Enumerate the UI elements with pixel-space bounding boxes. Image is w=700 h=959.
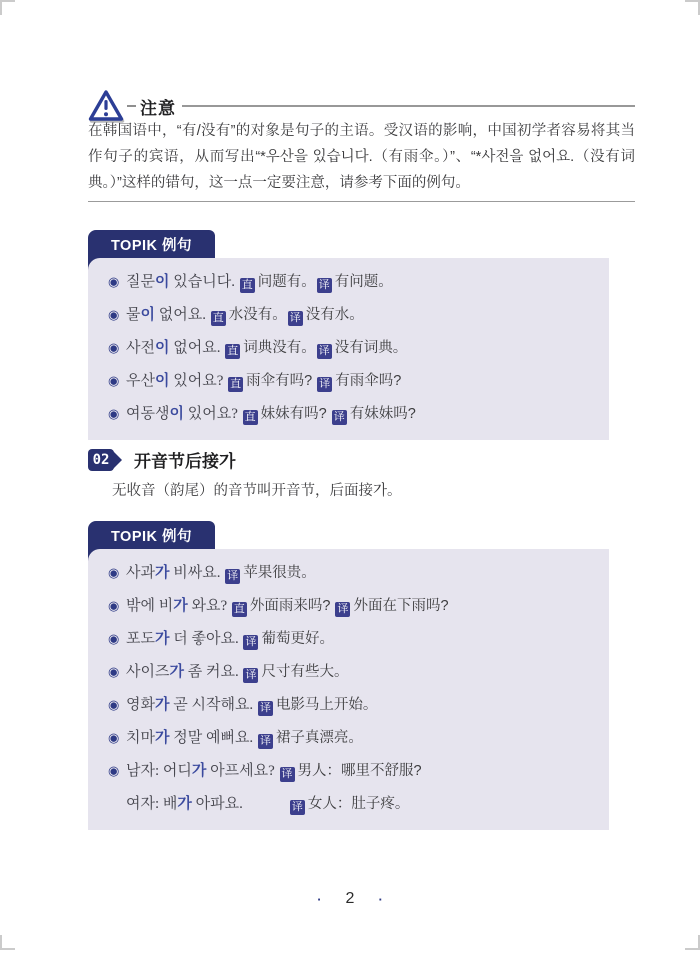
korean-text: 있어요? [169, 373, 227, 389]
korean-text: 아파요. [192, 796, 243, 812]
section-number-badge: 02 [88, 449, 114, 471]
subject-particle: 이 [155, 274, 170, 290]
marker-badge: 译 [317, 278, 332, 293]
section-badge-arrow-icon [113, 451, 122, 469]
chinese-text: 雨伞有吗? [246, 373, 316, 389]
marker-badge: 译 [280, 767, 295, 782]
marker-badge: 直 [225, 344, 240, 359]
fisheye-bullet-icon: ◉ [108, 595, 126, 616]
korean-text: 있어요? [184, 406, 242, 422]
example-sentence: 사과가 비싸요. 译苹果很贵。 [126, 564, 316, 581]
chinese-text: 苹果很贵。 [243, 565, 316, 581]
korean-text: 질문 [126, 274, 155, 290]
marker-badge: 直 [211, 311, 226, 326]
marker-badge: 译 [335, 602, 350, 617]
subject-particle: 이 [155, 340, 170, 356]
footer-dot-left: · [317, 892, 321, 907]
korean-text: 정말 예뻐요. [169, 730, 256, 746]
page-footer: · 2 · [0, 890, 700, 908]
chinese-text: 水没有。 [229, 307, 287, 323]
topik-tab-curl [88, 258, 100, 270]
korean-text: 사전 [126, 340, 155, 356]
chinese-text: 尺寸有些大。 [261, 664, 348, 680]
subject-particle: 가 [155, 697, 170, 713]
subject-particle: 이 [155, 373, 170, 389]
chinese-text: 外面雨来吗? [250, 598, 335, 614]
example-sentence: 사이즈가 좀 커요. 译尺寸有些大。 [126, 663, 348, 680]
chinese-text: 没有水。 [306, 307, 364, 323]
korean-text: 여동생 [126, 406, 169, 422]
korean-text: 곧 시작해요. [169, 697, 256, 713]
crop-mark-bottom-left [0, 935, 15, 950]
korean-text: 우산 [126, 373, 155, 389]
korean-text: 좀 커요. [184, 664, 242, 680]
fisheye-bullet-icon: ◉ [108, 661, 126, 682]
korean-text: 밖에 비 [126, 598, 173, 614]
footer-dot-right: · [378, 892, 382, 907]
crop-mark-bottom-right [685, 935, 700, 950]
example-sentence: 남자: 어디가 아프세요? 译男人：哪里不舒服? [126, 762, 422, 779]
korean-text: 비싸요. [169, 565, 224, 581]
marker-badge: 译 [317, 344, 332, 359]
korean-text: 포도 [126, 631, 155, 647]
korean-text: 남자: 어디 [126, 763, 192, 779]
korean-text: 영화 [126, 697, 155, 713]
chinese-text: 有问题。 [335, 274, 393, 290]
korean-text: 와요? [188, 598, 231, 614]
example-row: ◉질문이 있습니다. 直问题有。译有问题。 [108, 265, 595, 298]
example-sentence: 치마가 정말 예뻐요. 译裙子真漂亮。 [126, 729, 363, 746]
example-row: ◉밖에 비가 와요? 直外面雨来吗? 译外面在下雨吗? [108, 589, 595, 622]
korean-text: 없어요. [155, 307, 210, 323]
korean-text: 더 좋아요. [169, 631, 242, 647]
topik-tab-1: TOPIK 例句 [88, 230, 215, 258]
chinese-text: 电影马上开始。 [276, 697, 378, 713]
topik-tab-curl [88, 549, 100, 561]
subject-particle: 가 [169, 664, 184, 680]
subject-particle: 가 [177, 796, 192, 812]
marker-badge: 译 [258, 701, 273, 716]
example-row: ◉치마가 정말 예뻐요. 译裙子真漂亮。 [108, 721, 595, 754]
chinese-text: 没有词典。 [335, 340, 408, 356]
example-sentence: 영화가 곧 시작해요. 译电影马上开始。 [126, 696, 377, 713]
example-row: ◉사과가 비싸요. 译苹果很贵。 [108, 556, 595, 589]
marker-badge: 译 [243, 635, 258, 650]
korean-text: 사이즈 [126, 664, 169, 680]
fisheye-bullet-icon: ◉ [108, 760, 126, 781]
marker-badge: 直 [232, 602, 247, 617]
example-row: ◉물이 없어요. 直水没有。译没有水。 [108, 298, 595, 331]
example-sentence: 밖에 비가 와요? 直外面雨来吗? 译外面在下雨吗? [126, 597, 449, 614]
page-number: 2 [346, 890, 355, 908]
fisheye-bullet-icon: ◉ [108, 562, 126, 583]
example-sentence: 질문이 있습니다. 直问题有。译有问题。 [126, 273, 393, 290]
subject-particle: 가 [192, 763, 207, 779]
section-title: 开音节后接가 [134, 447, 235, 472]
chinese-text: 词典没有。 [243, 340, 316, 356]
korean-text: 아프세요? [206, 763, 278, 779]
marker-badge: 直 [228, 377, 243, 392]
section-description: 无收音（韵尾）的音节叫开音节，后面接가。 [112, 479, 402, 500]
chinese-text: 问题有。 [258, 274, 316, 290]
marker-badge: 译 [288, 311, 303, 326]
subject-particle: 가 [155, 730, 170, 746]
crop-mark-top-right [685, 0, 700, 15]
example-box-1: ◉질문이 있습니다. 直问题有。译有问题。◉물이 없어요. 直水没有。译没有水。… [88, 258, 609, 440]
korean-text: 여자: 배 [126, 796, 177, 812]
subject-particle: 가 [155, 631, 170, 647]
korean-text: 없어요. [169, 340, 224, 356]
chinese-text: 有雨伞吗? [335, 373, 401, 389]
marker-badge: 直 [243, 410, 258, 425]
example-sentence: 사전이 없어요. 直词典没有。译没有词典。 [126, 339, 407, 356]
example-row: 여자: 배가 아파요.译女人：肚子疼。 [108, 787, 595, 820]
subject-particle: 이 [141, 307, 156, 323]
marker-badge: 直 [240, 278, 255, 293]
example-row: ◉남자: 어디가 아프세요? 译男人：哪里不舒服? [108, 754, 595, 787]
subject-particle: 가 [173, 598, 188, 614]
notice-title: 注意 [140, 94, 176, 119]
fisheye-bullet-icon: ◉ [108, 337, 126, 358]
example-sentence: 포도가 더 좋아요. 译葡萄更好。 [126, 630, 334, 647]
notice-body: 在韩国语中，“有/没有”的对象是句子的主语。受汉语的影响，中国初学者容易将其当作… [88, 118, 635, 202]
chinese-text: 有妹妹吗? [350, 406, 416, 422]
marker-badge: 译 [332, 410, 347, 425]
notice-rule-line [182, 105, 635, 107]
topik-tab-2: TOPIK 例句 [88, 521, 215, 549]
example-row: ◉사이즈가 좀 커요. 译尺寸有些大。 [108, 655, 595, 688]
chinese-text: 外面在下雨吗? [353, 598, 448, 614]
example-sentence: 물이 없어요. 直水没有。译没有水。 [126, 306, 364, 323]
chinese-text: 妹妹有吗? [261, 406, 331, 422]
korean-text: 있습니다. [169, 274, 238, 290]
section-heading: 02 开音节后接가 [88, 447, 235, 472]
marker-badge: 译 [258, 734, 273, 749]
fisheye-bullet-icon: ◉ [108, 403, 126, 424]
marker-badge: 译 [243, 668, 258, 683]
subject-particle: 가 [155, 565, 170, 581]
example-sentence: 우산이 있어요? 直雨伞有吗? 译有雨伞吗? [126, 372, 401, 389]
marker-badge: 译 [290, 800, 305, 815]
fisheye-bullet-icon: ◉ [108, 304, 126, 325]
example-row: ◉포도가 더 좋아요. 译葡萄更好。 [108, 622, 595, 655]
topik-tab-label: TOPIK 例句 [111, 525, 192, 546]
example-row: ◉영화가 곧 시작해요. 译电影马上开始。 [108, 688, 595, 721]
chinese-text: 男人：哪里不舒服? [298, 763, 422, 779]
topik-tab-label: TOPIK 例句 [111, 234, 192, 255]
korean-text: 사과 [126, 565, 155, 581]
marker-badge: 译 [317, 377, 332, 392]
fisheye-bullet-icon: ◉ [108, 271, 126, 292]
example-row: ◉우산이 있어요? 直雨伞有吗? 译有雨伞吗? [108, 364, 595, 397]
example-sentence: 여자: 배가 아파요.译女人：肚子疼。 [126, 795, 409, 812]
korean-text: 치마 [126, 730, 155, 746]
example-row: ◉사전이 없어요. 直词典没有。译没有词典。 [108, 331, 595, 364]
example-sentence: 여동생이 있어요? 直妹妹有吗? 译有妹妹吗? [126, 405, 416, 422]
example-row: ◉여동생이 있어요? 直妹妹有吗? 译有妹妹吗? [108, 397, 595, 430]
fisheye-bullet-icon: ◉ [108, 694, 126, 715]
chinese-text: 葡萄更好。 [261, 631, 334, 647]
example-box-2: ◉사과가 비싸요. 译苹果很贵。◉밖에 비가 와요? 直外面雨来吗? 译外面在下… [88, 549, 609, 830]
marker-badge: 译 [225, 569, 240, 584]
chinese-text: 女人：肚子疼。 [308, 796, 410, 812]
subject-particle: 이 [169, 406, 184, 422]
korean-text: 물 [126, 307, 141, 323]
textbook-page: 注意 在韩国语中，“有/没有”的对象是句子的主语。受汉语的影响，中国初学者容易将… [0, 0, 700, 959]
chinese-text: 裙子真漂亮。 [276, 730, 363, 746]
fisheye-bullet-icon: ◉ [108, 628, 126, 649]
notice-dash [127, 105, 136, 107]
fisheye-bullet-icon: ◉ [108, 370, 126, 391]
fisheye-bullet-icon: ◉ [108, 727, 126, 748]
crop-mark-top-left [0, 0, 15, 15]
